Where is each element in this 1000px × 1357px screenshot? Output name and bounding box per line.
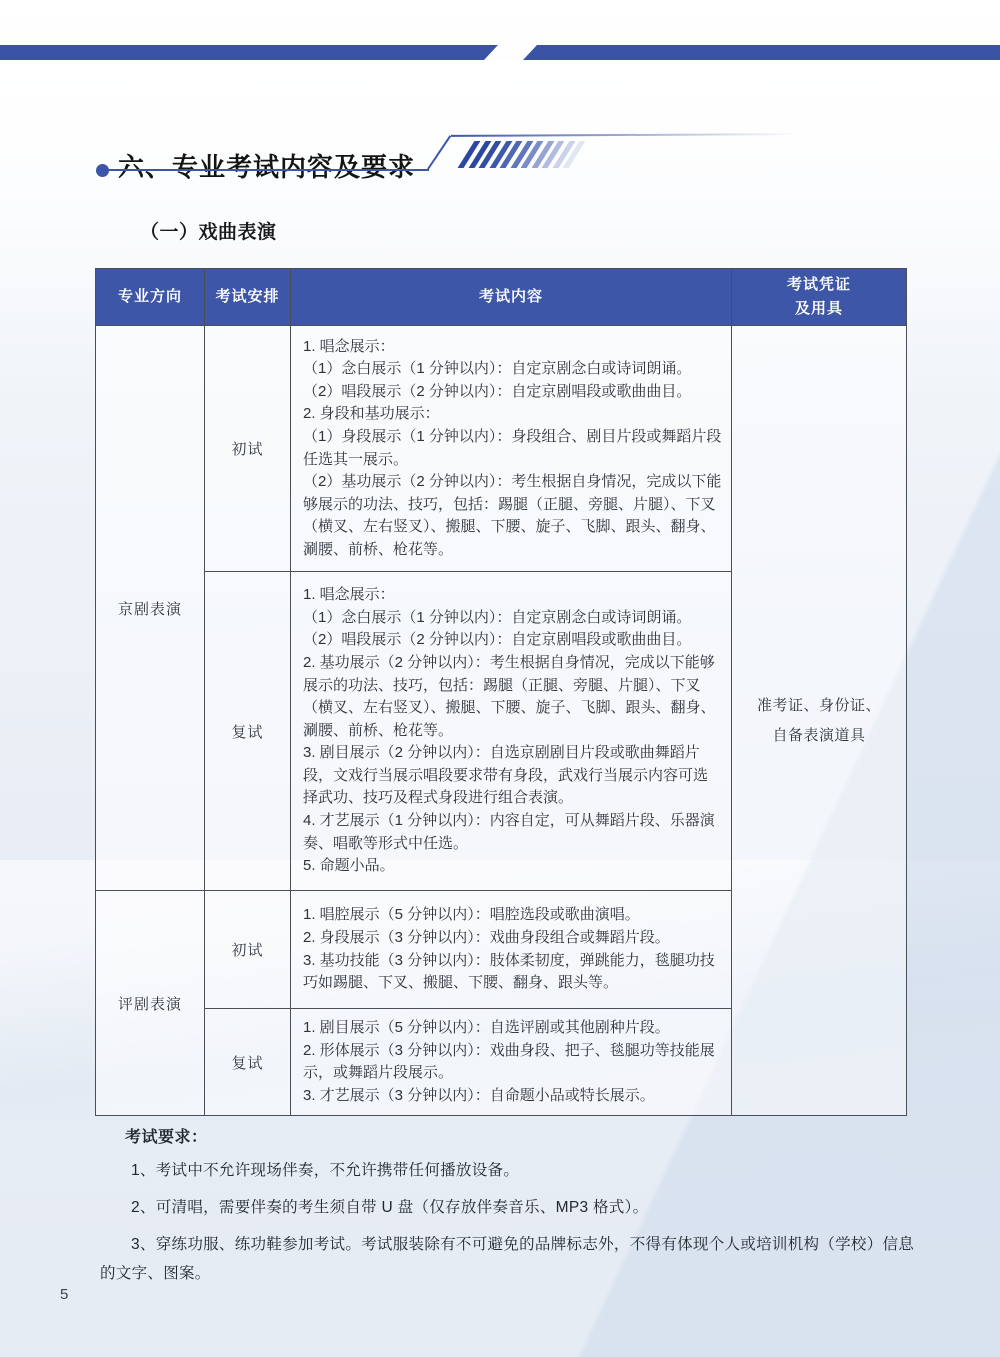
- direction-cell-jingju: 京剧表演: [96, 326, 205, 891]
- direction-cell-pingju: 评剧表演: [96, 891, 205, 1116]
- title-underline-fade: [451, 133, 796, 137]
- table-row: 京剧表演 初试 1. 唱念展示： （1）念白展示（1 分钟以内）：自定京剧念白或…: [96, 326, 907, 572]
- credential-cell: 准考证、身份证、 自备表演道具: [732, 326, 907, 1116]
- stage-cell-pingju-fushi: 复试: [205, 1009, 291, 1116]
- page-number: 5: [60, 1286, 68, 1303]
- content-cell-jingju-fushi: 1. 唱念展示： （1）念白展示（1 分钟以内）：自定京剧念白或诗词朗诵。 （2…: [291, 572, 732, 891]
- content-cell-jingju-chushi: 1. 唱念展示： （1）念白展示（1 分钟以内）：自定京剧念白或诗词朗诵。 （2…: [291, 326, 732, 572]
- content-cell-pingju-fushi: 1. 剧目展示（5 分钟以内）：自选评剧或其他剧种片段。 2. 形体展示（3 分…: [291, 1009, 732, 1116]
- exam-requirements-section: 考试要求： 1、考试中不允许现场伴奏，不允许携带任何播放设备。 2、可清唱，需要…: [100, 1124, 918, 1296]
- stage-cell-jingju-chushi: 初试: [205, 326, 291, 572]
- section-title: 六、专业考试内容及要求: [118, 147, 415, 184]
- top-band-right: [523, 45, 1000, 60]
- stage-cell-pingju-chushi: 初试: [205, 891, 291, 1009]
- stage-cell-jingju-fushi: 复试: [205, 572, 291, 891]
- column-header-exam-schedule: 考试安排: [205, 269, 291, 326]
- title-underline: [102, 169, 429, 171]
- requirement-item-3: 3、穿练功服、练功鞋参加考试。考试服装除有不可避免的品牌标志外，不得有体现个人或…: [100, 1230, 918, 1288]
- title-underline-angle: [427, 135, 451, 169]
- table-header-row: 专业方向 考试安排 考试内容 考试凭证 及用具: [96, 269, 907, 326]
- requirement-item-1: 1、考试中不允许现场伴奏，不允许携带任何播放设备。: [100, 1156, 918, 1185]
- subsection-title: （一）戏曲表演: [140, 217, 277, 244]
- content-cell-pingju-chushi: 1. 唱腔展示（5 分钟以内）：唱腔选段或歌曲演唱。 2. 身段展示（3 分钟以…: [291, 891, 732, 1009]
- column-header-major-direction: 专业方向: [96, 269, 205, 326]
- hatch-stripes-icon: [466, 141, 577, 168]
- exam-content-table: 专业方向 考试安排 考试内容 考试凭证 及用具 京剧表演 初试 1. 唱念展示：…: [95, 268, 907, 1116]
- requirements-heading: 考试要求：: [125, 1124, 918, 1147]
- column-header-exam-content: 考试内容: [291, 269, 732, 326]
- requirement-item-2: 2、可清唱，需要伴奏的考生须自带 U 盘（仅存放伴奏音乐、MP3 格式）。: [100, 1193, 918, 1222]
- top-band-left: [0, 45, 498, 60]
- column-header-exam-credentials: 考试凭证 及用具: [732, 269, 907, 326]
